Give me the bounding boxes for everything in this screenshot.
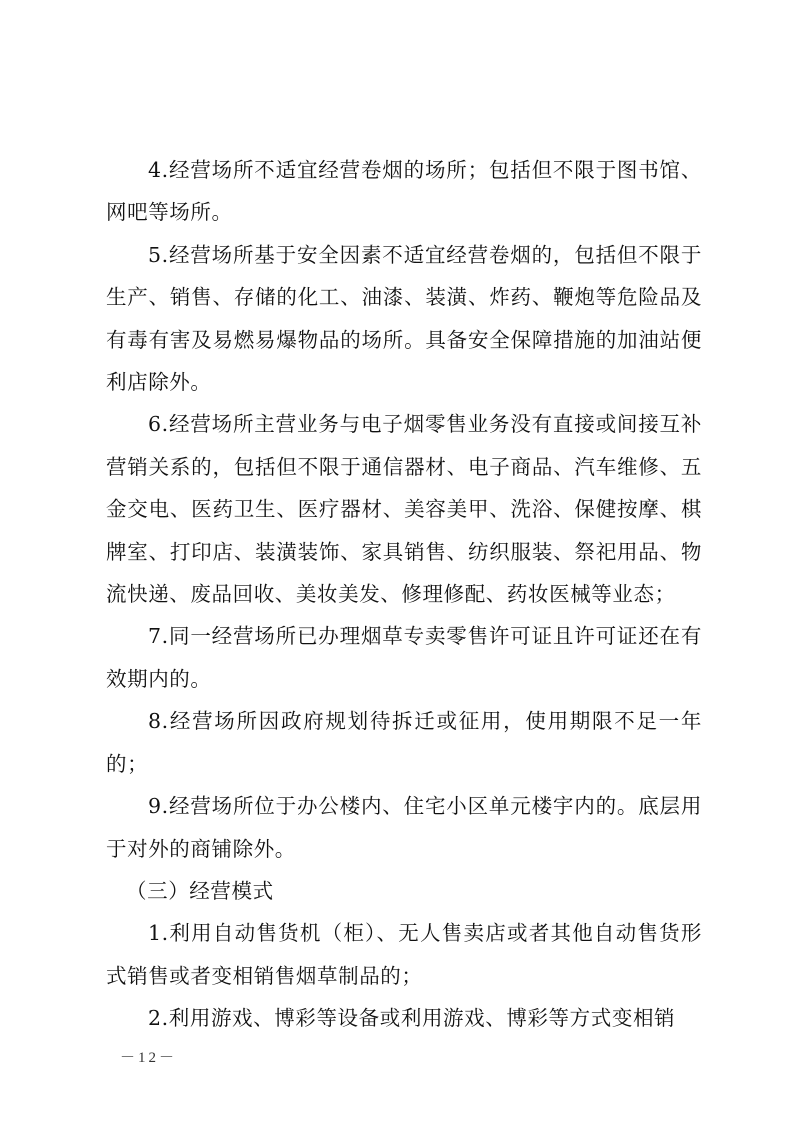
paragraph-item-8: 8.经营场所因政府规划待拆迁或征用，使用期限不足一年的； xyxy=(106,700,702,785)
paragraph-item-7: 7.同一经营场所已办理烟草专卖零售许可证且许可证还在有效期内的。 xyxy=(106,615,702,700)
section-heading-business-mode: （三）经营模式 xyxy=(106,870,702,912)
paragraph-item-5: 5.经营场所基于安全因素不适宜经营卷烟的，包括但不限于生产、销售、存储的化工、油… xyxy=(106,234,702,404)
paragraph-item-4: 4.经营场所不适宜经营卷烟的场所；包括但不限于图书馆、网吧等场所。 xyxy=(106,149,702,234)
paragraph-mode-item-1: 1.利用自动售货机（柜）、无人售卖店或者其他自动售货形式销售或者变相销售烟草制品… xyxy=(106,912,702,997)
paragraph-item-9: 9.经营场所位于办公楼内、住宅小区单元楼宇内的。底层用于对外的商铺除外。 xyxy=(106,785,702,870)
page-number: －12－ xyxy=(120,1046,177,1067)
paragraph-item-6: 6.经营场所主营业务与电子烟零售业务没有直接或间接互补营销关系的，包括但不限于通… xyxy=(106,403,702,615)
paragraph-mode-item-2: 2.利用游戏、博彩等设备或利用游戏、博彩等方式变相销 xyxy=(106,997,702,1039)
document-page: 4.经营场所不适宜经营卷烟的场所；包括但不限于图书馆、网吧等场所。 5.经营场所… xyxy=(0,0,793,1122)
document-body: 4.经营场所不适宜经营卷烟的场所；包括但不限于图书馆、网吧等场所。 5.经营场所… xyxy=(106,149,702,1040)
